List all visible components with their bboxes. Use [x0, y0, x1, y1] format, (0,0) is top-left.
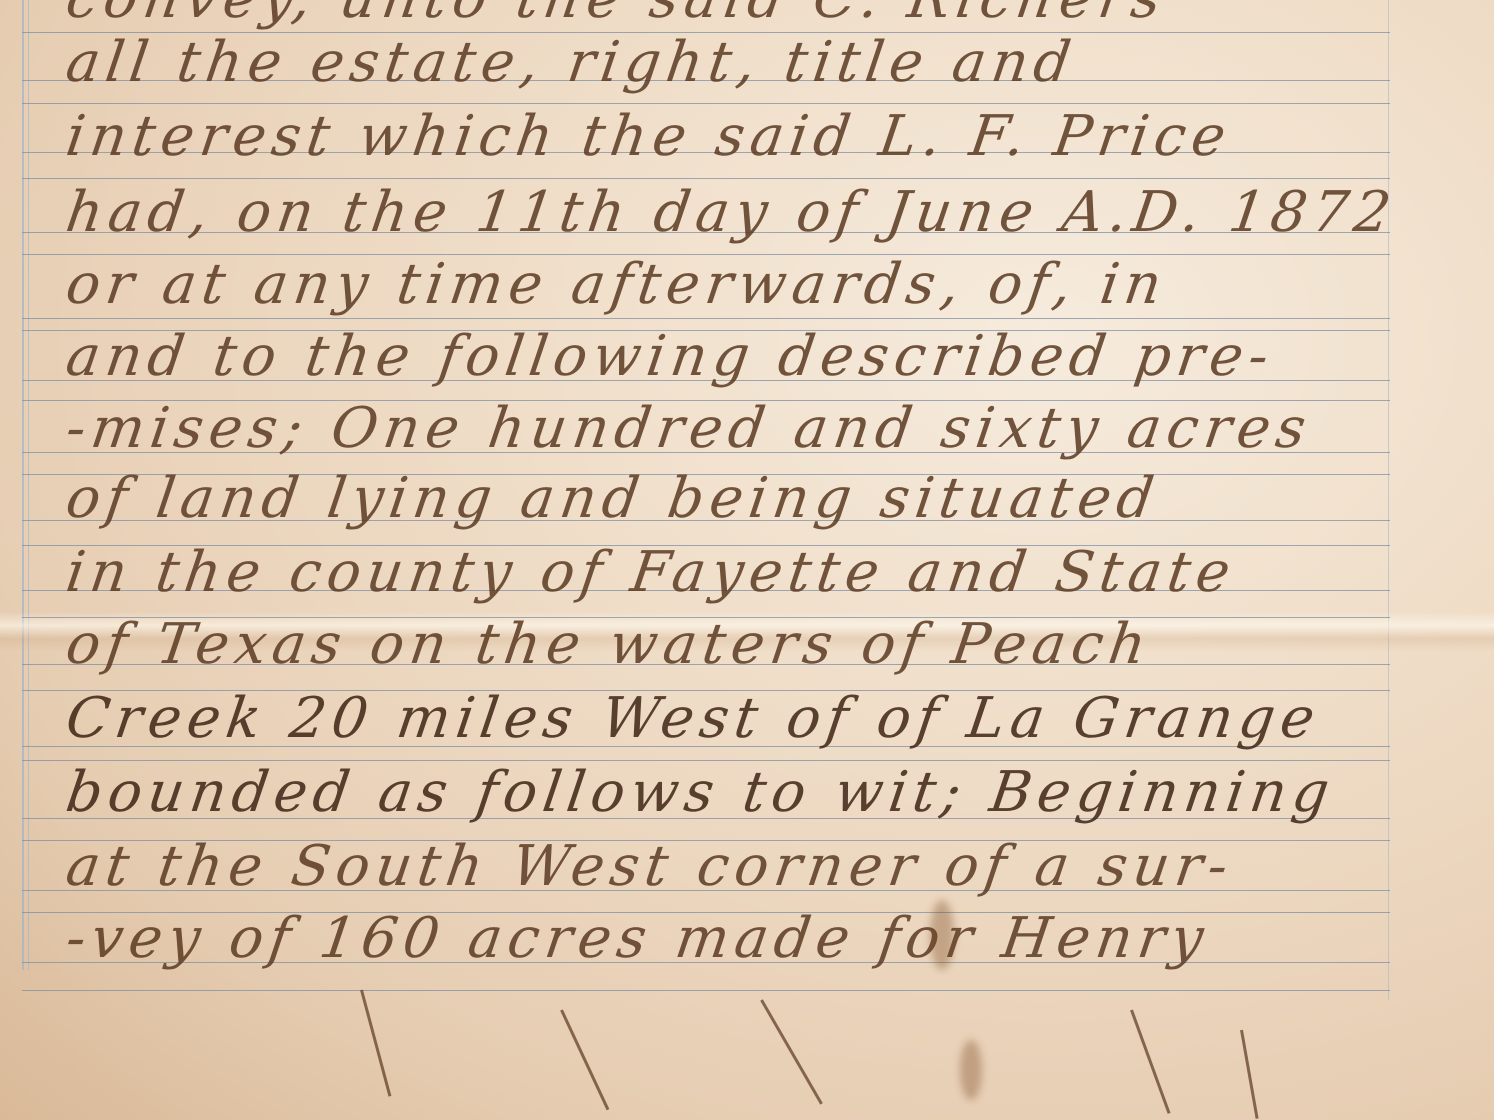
document-page: convey, unto the said C. Richers all the… [0, 0, 1494, 1120]
bleed-stroke [1240, 1030, 1259, 1119]
text-line: in the county of Fayette and State [60, 540, 1401, 620]
text-line: of land lying and being situated [60, 466, 1401, 546]
bleed-stroke [760, 999, 823, 1104]
text-line: -mises; One hundred and sixty acres [60, 396, 1401, 476]
ink-stain [930, 900, 954, 970]
text-line: and to the following described pre- [60, 324, 1401, 404]
bleed-stroke [360, 990, 391, 1097]
ink-stain [960, 1040, 982, 1100]
margin-rule [22, 0, 24, 970]
text-line: had, on the 11th day of June A.D. 1872 [60, 180, 1401, 260]
text-line: or at any time afterwards, of, in [60, 252, 1401, 332]
bleed-stroke [560, 1009, 609, 1110]
text-line: bounded as follows to wit; Beginning [60, 760, 1401, 840]
text-line: all the estate, right, title and [60, 30, 1401, 110]
text-line: interest which the said L. F. Price [60, 104, 1401, 184]
bleed-stroke [1130, 1009, 1170, 1113]
text-line: -vey of 160 acres made for Henry [60, 906, 1401, 986]
text-line: at the South West corner of a sur- [60, 834, 1401, 914]
text-line: of Texas on the waters of Peach [60, 612, 1401, 692]
text-line: Creek 20 miles West of of La Grange [60, 686, 1401, 766]
margin-rule-inner [28, 0, 29, 970]
ruled-line [22, 990, 1390, 991]
